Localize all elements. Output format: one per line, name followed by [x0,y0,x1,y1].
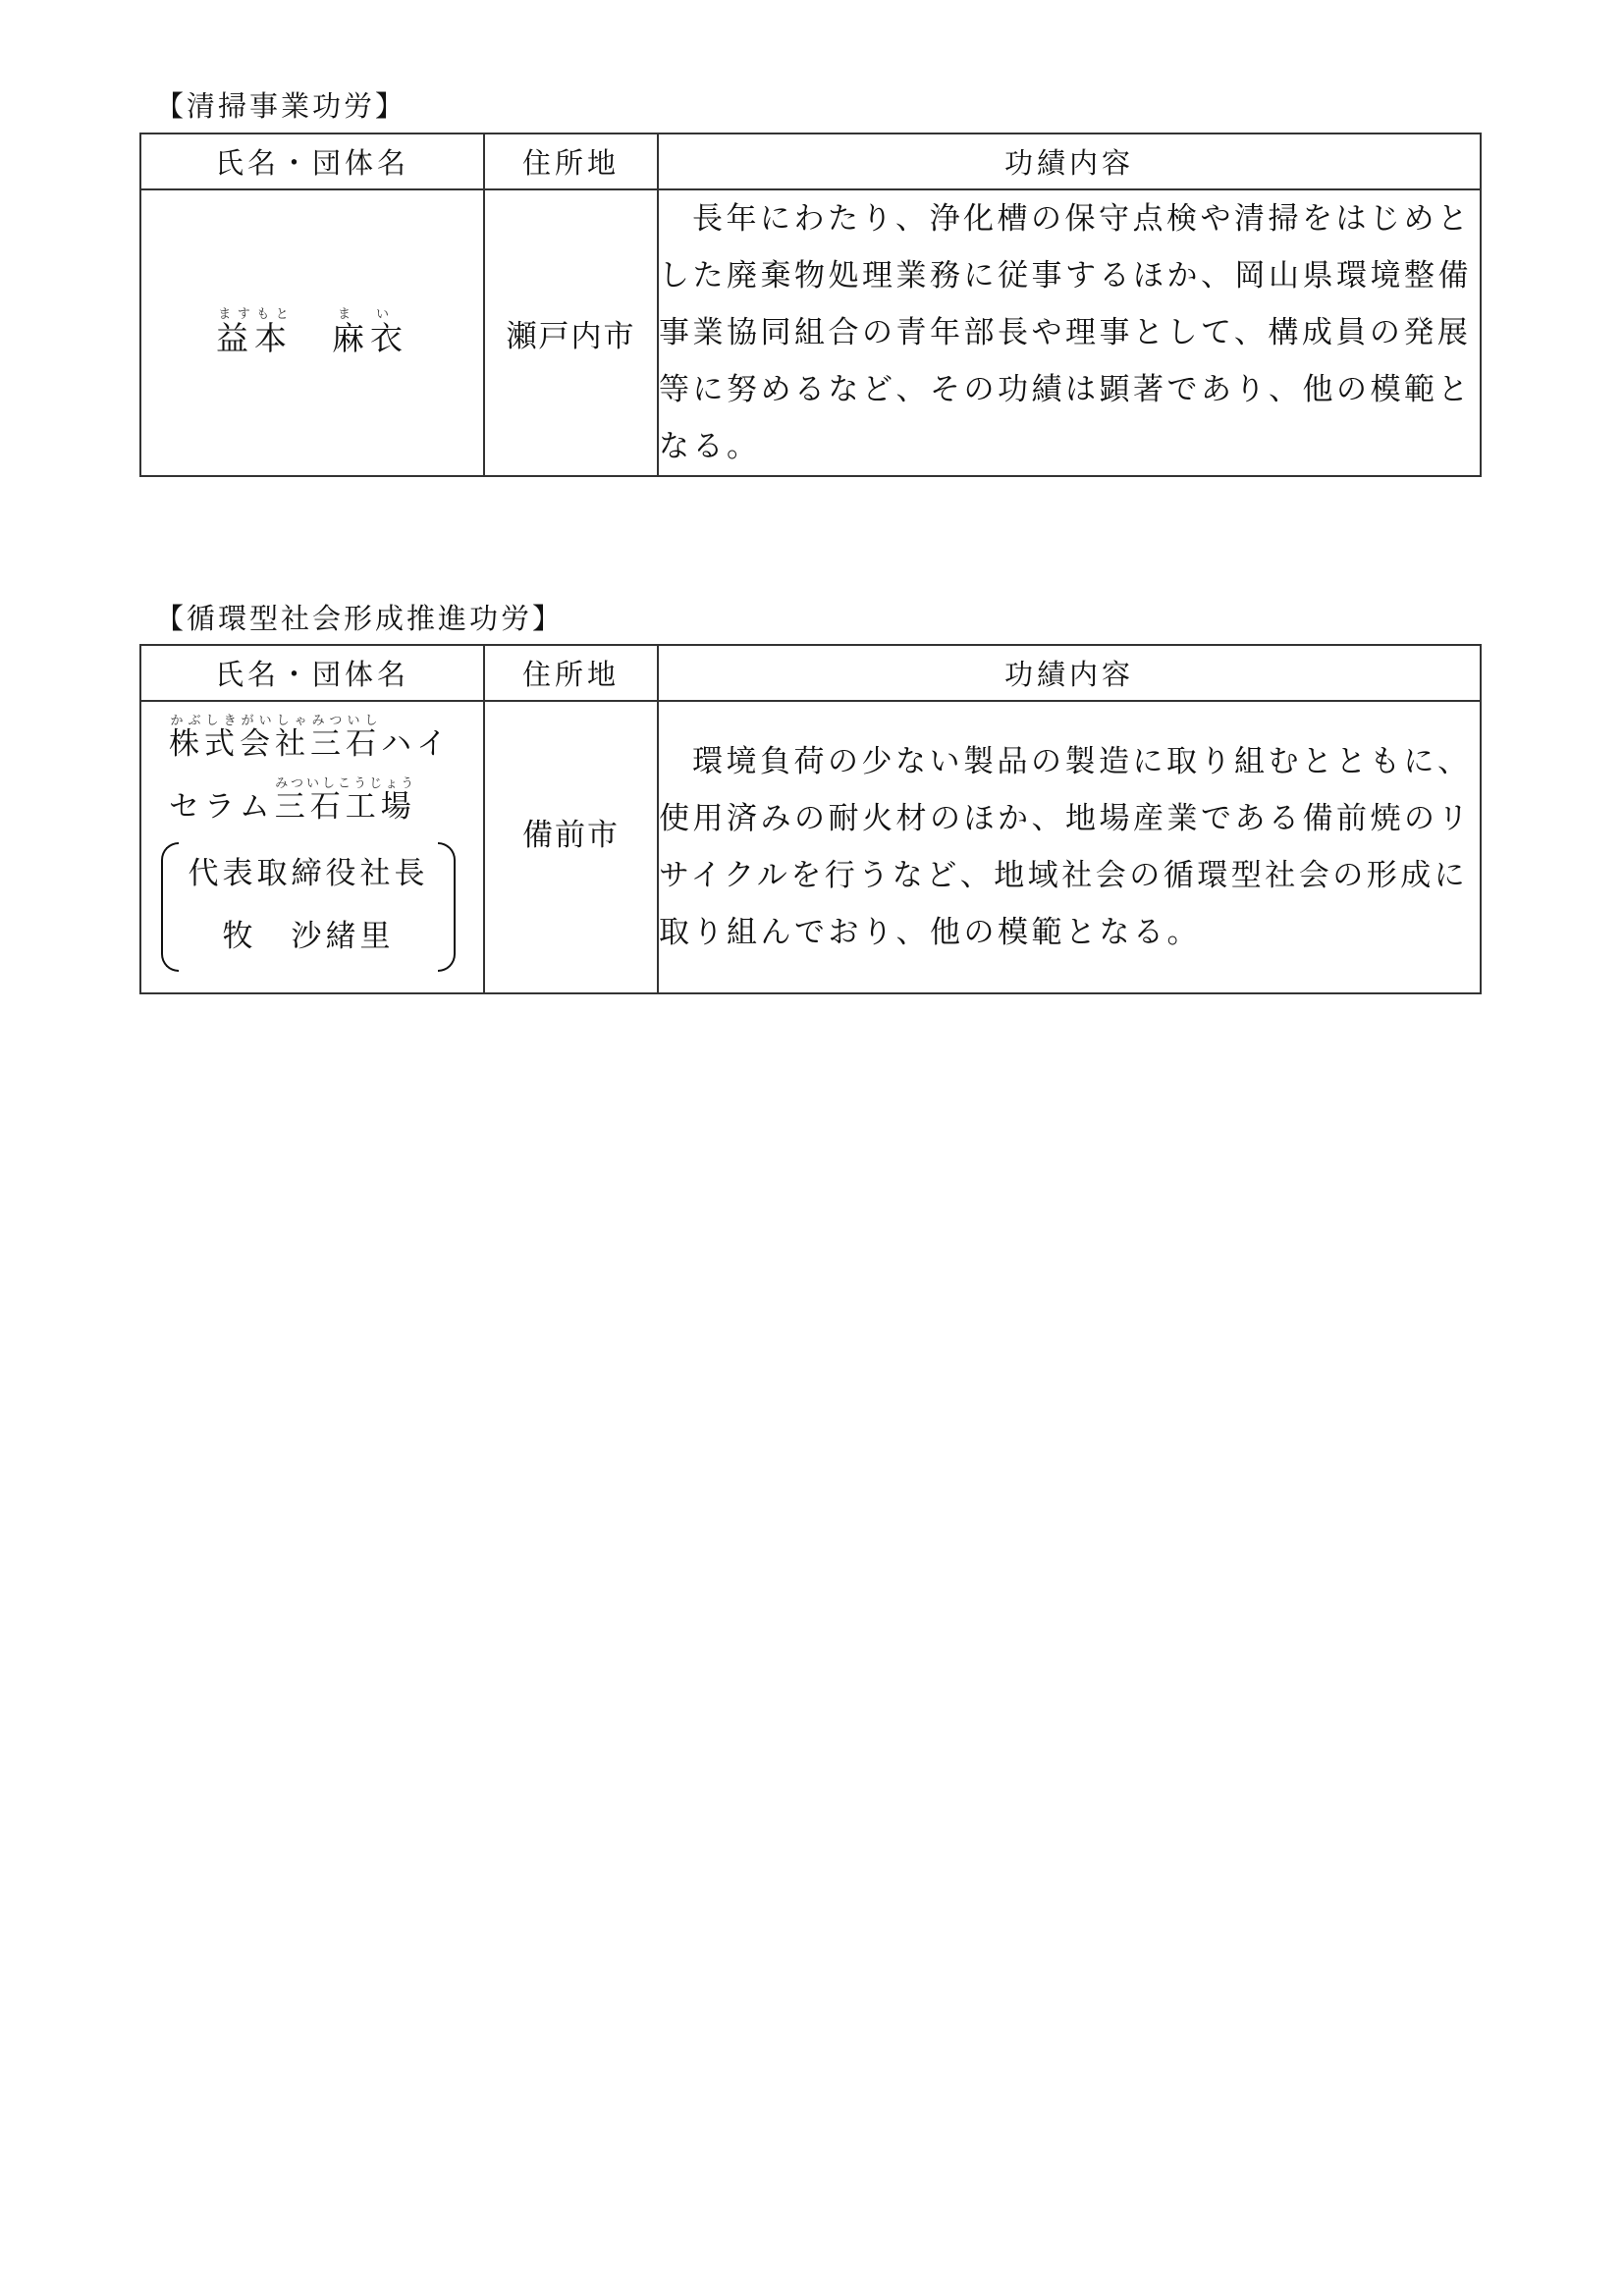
header-address: 住所地 [484,645,658,701]
awardee-address: 備前市 [484,701,658,993]
section-title-cleaning: 【清掃事業功労】 [155,84,406,125]
surname: 益本ますもと [216,319,293,357]
achievement-text: 環境負荷の少ない製品の製造に取り組むとともに、使用済みの耐火材のほか、地場産業で… [658,701,1481,993]
awardee-organization: 株式会社三石かぶしきがいしゃみついしハイ セラム三石工場みついしこうじょう 代表… [140,701,484,993]
representative-box: 代表取締役社長 牧 沙緒里 [161,842,456,972]
given-name: 麻衣まい [332,319,408,357]
recycling-award-table: 氏名・団体名 住所地 功績内容 株式会社三石かぶしきがいしゃみついしハイ セラム… [139,644,1482,994]
header-name: 氏名・団体名 [140,645,484,701]
section-title-recycling: 【循環型社会形成推進功労】 [155,597,564,637]
awardee-name: 益本ますもと麻衣まい [140,189,484,476]
representative-name: 牧 沙緒里 [161,905,456,968]
left-bracket-icon [161,842,179,972]
awardee-address: 瀬戸内市 [484,189,658,476]
header-name: 氏名・団体名 [140,133,484,189]
header-address: 住所地 [484,133,658,189]
org-name-line2: セラム三石工場みついしこうじょう [169,775,483,838]
table-header-row: 氏名・団体名 住所地 功績内容 [140,133,1481,189]
right-bracket-icon [438,842,456,972]
header-achievement: 功績内容 [658,133,1481,189]
table-header-row: 氏名・団体名 住所地 功績内容 [140,645,1481,701]
header-achievement: 功績内容 [658,645,1481,701]
cleaning-award-table: 氏名・団体名 住所地 功績内容 益本ますもと麻衣まい 瀬戸内市 長年にわたり、浄… [139,133,1482,477]
table-row: 株式会社三石かぶしきがいしゃみついしハイ セラム三石工場みついしこうじょう 代表… [140,701,1481,993]
table-row: 益本ますもと麻衣まい 瀬戸内市 長年にわたり、浄化槽の保守点検や清掃をはじめとし… [140,189,1481,476]
achievement-text: 長年にわたり、浄化槽の保守点検や清掃をはじめとした廃棄物処理業務に従事するほか、… [658,189,1481,476]
org-name-line1: 株式会社三石かぶしきがいしゃみついしハイ [169,713,483,775]
representative-title: 代表取締役社長 [161,842,456,905]
